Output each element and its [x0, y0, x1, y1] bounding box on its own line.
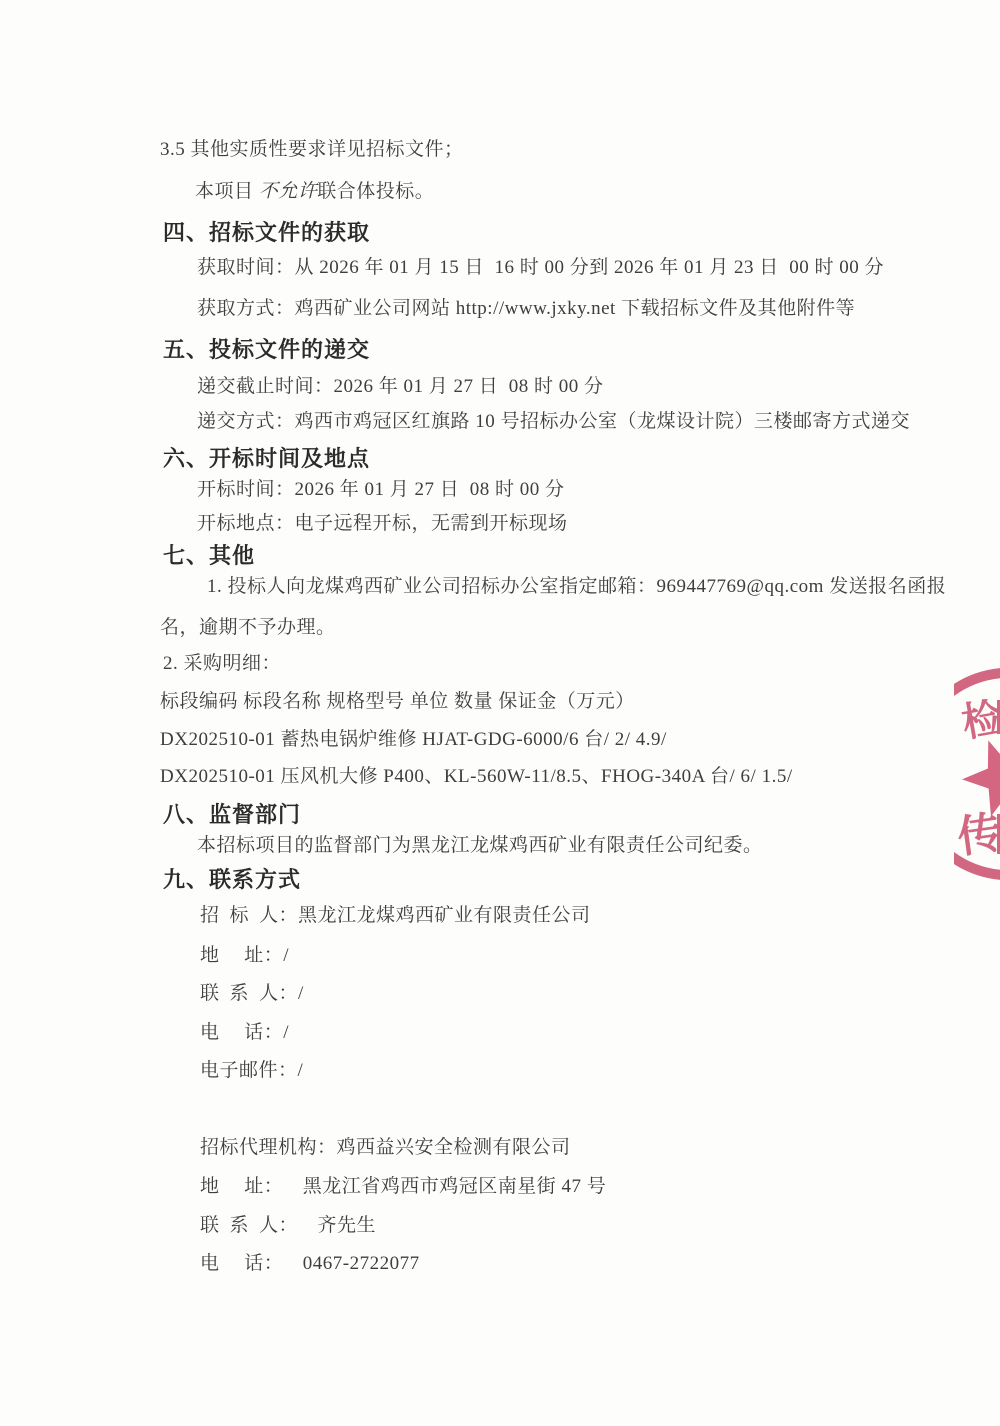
procurement-item-1: DX202510-01 蓄热电锅炉维修 HJAT-GDG-6000/6 台/ 2…	[160, 728, 667, 752]
bid-opening-time-line: 开标时间：2026 年 01 月 27 日 08 时 00 分	[197, 478, 565, 502]
tenderer-name-line: 招 标 人：黑龙江龙煤鸡西矿业有限责任公司	[200, 904, 591, 928]
registration-note-line1: 1. 投标人向龙煤鸡西矿业公司招标办公室指定邮箱：969447769@qq.co…	[207, 575, 946, 599]
section-8-heading: 八、监督部门	[163, 802, 301, 828]
section-6-heading: 六、开标时间及地点	[163, 446, 370, 472]
jv-note-not-allowed: 不允许	[259, 181, 318, 202]
red-seal-stamp: 检 传	[954, 668, 1000, 880]
procurement-item-2: DX202510-01 压风机大修 P400、KL-560W-11/8.5、FH…	[160, 765, 793, 789]
section-9-heading: 九、联系方式	[163, 867, 301, 893]
section-7-heading: 七、其他	[163, 543, 255, 569]
submission-method-line: 递交方式：鸡西市鸡冠区红旗路 10 号招标办公室（龙煤设计院）三楼邮寄方式递交	[197, 410, 910, 434]
clause-3-5: 3.5 其他实质性要求详见招标文件；	[160, 138, 464, 162]
agency-address-line: 地 址： 黑龙江省鸡西市鸡冠区南星街 47 号	[200, 1175, 606, 1199]
stamp-char-top: 检	[958, 695, 1000, 746]
agency-contact-line: 联 系 人： 齐先生	[200, 1214, 376, 1238]
jv-note-post: 联合体投标。	[317, 181, 434, 202]
stamp-top-arc	[954, 673, 1000, 692]
tenderer-phone-line: 电 话：/	[200, 1021, 289, 1045]
stamp-char-bottom: 传	[955, 808, 1000, 863]
section-4-heading: 四、招标文件的获取	[163, 220, 370, 246]
obtain-time-line: 获取时间：从 2026 年 01 月 15 日 16 时 00 分到 2026 …	[197, 256, 884, 280]
tenderer-email-line: 电子邮件：/	[200, 1059, 303, 1083]
tenderer-contact-line: 联 系 人：/	[200, 982, 304, 1006]
section-5-heading: 五、投标文件的递交	[163, 337, 370, 363]
joint-venture-note: 本项目 不允许联合体投标。	[195, 180, 434, 204]
agency-name-line: 招标代理机构：鸡西益兴安全检测有限公司	[200, 1136, 571, 1160]
jv-note-pre: 本项目	[195, 181, 259, 202]
tenderer-address-line: 地 址：/	[200, 944, 289, 968]
supervision-note: 本招标项目的监督部门为黑龙江龙煤鸡西矿业有限责任公司纪委。	[197, 834, 763, 858]
registration-note-line2: 名，逾期不予办理。	[160, 616, 336, 640]
procurement-table-header: 标段编码 标段名称 规格型号 单位 数量 保证金（万元）	[160, 690, 635, 714]
obtain-method-line: 获取方式：鸡西矿业公司网站 http://www.jxky.net 下载招标文件…	[197, 297, 855, 321]
procurement-detail-label: 2. 采购明细：	[163, 652, 281, 676]
stamp-star-icon	[962, 740, 1000, 816]
submission-deadline-line: 递交截止时间：2026 年 01 月 27 日 08 时 00 分	[197, 375, 604, 399]
scanned-tender-document-page: 3.5 其他实质性要求详见招标文件； 本项目 不允许联合体投标。 四、招标文件的…	[0, 0, 1000, 1426]
bid-opening-place-line: 开标地点：电子远程开标，无需到开标现场	[197, 512, 568, 536]
agency-phone-line: 电 话： 0467-2722077	[200, 1252, 420, 1276]
